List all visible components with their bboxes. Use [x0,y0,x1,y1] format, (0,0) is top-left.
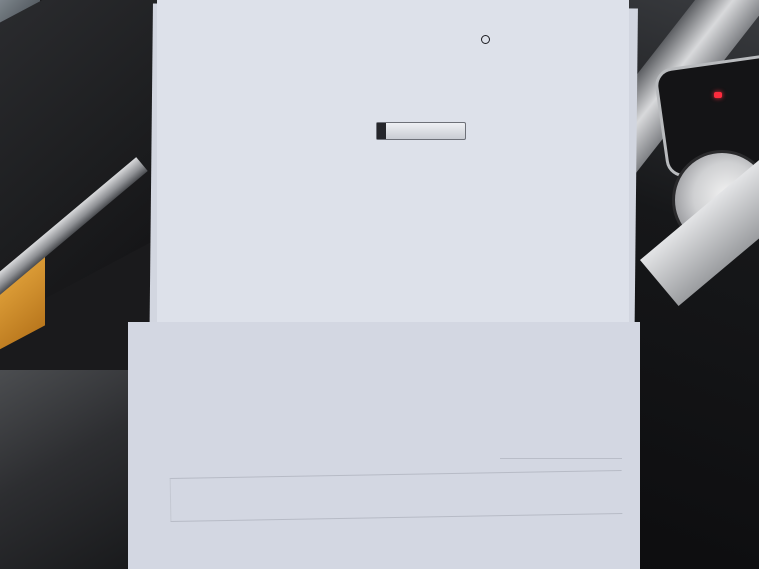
plate-flag-strip [377,123,386,139]
registration-plate [376,122,466,140]
company-logo [481,35,486,46]
notes-box [170,470,623,522]
invoice-document [0,0,759,569]
divider [500,458,622,459]
logo-ring-icon [481,35,490,44]
